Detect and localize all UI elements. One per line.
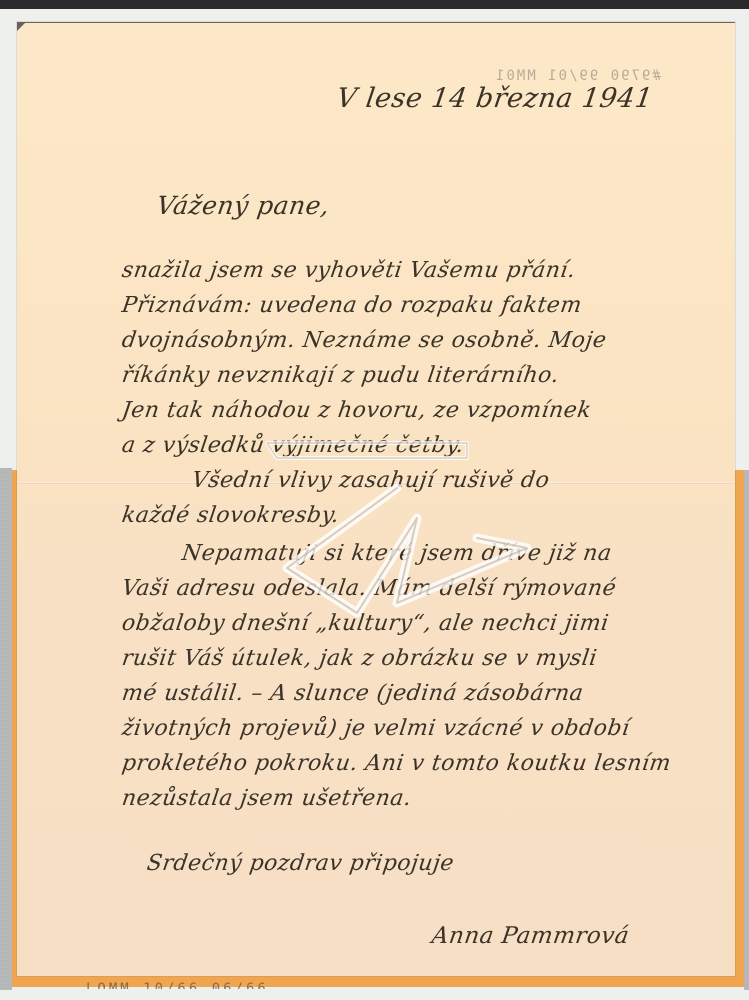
closing-line: Srdečný pozdrav připojuje — [145, 851, 455, 876]
scan-edge-left — [0, 468, 12, 990]
body-line: a z výsledků výjimečné četby. — [120, 433, 465, 458]
scan-edge-right — [744, 470, 749, 990]
folded-corner — [17, 23, 25, 31]
body-line: říkánky nevznikají z pudu literárního. — [120, 363, 561, 388]
body-line: mé ustálil. – A slunce (jediná zásobárna — [120, 681, 585, 706]
date-line: V lese 14 března 1941 — [335, 83, 655, 114]
archive-stamp: #9790 99/01 MM01 — [494, 68, 661, 84]
body-line: Jen tak náhodou z hovoru, ze vzpomínek — [120, 398, 593, 423]
signature: Anna Pammrová — [430, 923, 631, 949]
body-line: životných projevů) je velmi vzácné v obd… — [120, 716, 631, 741]
body-line: Nepamatuji si které jsem dříve již na — [180, 541, 613, 566]
body-line: prokletého pokroku. Ani v tomto koutku l… — [120, 751, 672, 776]
body-line: snažila jsem se vyhověti Vašemu přání. — [120, 258, 577, 283]
letter-sheet: #9790 99/01 MM01 V lese 14 března 1941 V… — [17, 22, 735, 976]
scanner-top-bar — [0, 0, 749, 9]
body-line: Přiznávám: uvedena do rozpaku faktem — [120, 293, 583, 318]
body-line: dvojnásobným. Neznáme se osobně. Moje — [120, 328, 608, 353]
body-line: nezůstala jsem ušetřena. — [120, 786, 413, 811]
body-line: Všední vlivy zasahují rušivě do — [190, 468, 551, 493]
folder-code: LOMM 10/66 06/66 — [86, 981, 269, 989]
body-line: obžaloby dnešní „kultury“, ale nechci ji… — [120, 611, 610, 636]
body-line: každé slovokresby. — [120, 503, 341, 528]
salutation: Vážený pane, — [155, 191, 332, 220]
body-line: rušit Váš útulek, jak z obrázku se v mys… — [120, 646, 598, 671]
body-line: Vaši adresu odeslala. Mám delší rýmované — [120, 576, 618, 601]
